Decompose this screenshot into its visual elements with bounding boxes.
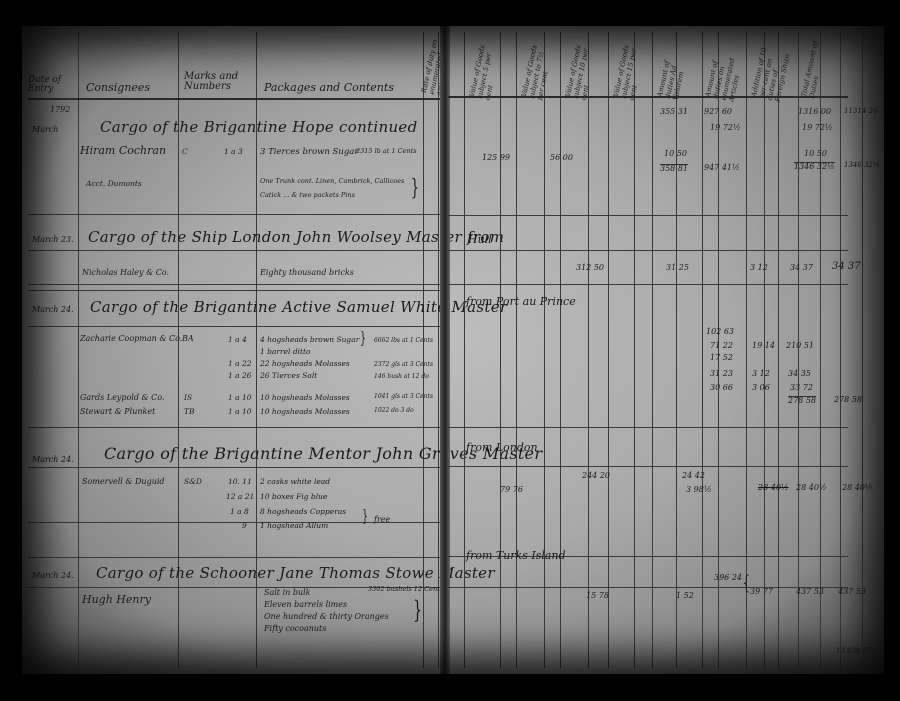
header-marks: Marks and Numbers <box>184 72 254 92</box>
entry-date: March 24. <box>32 572 74 580</box>
numbers: 1 a 10 <box>228 408 252 416</box>
header-col: Amount of duties on enumerated Articles <box>704 39 748 102</box>
enumerated: 927 60 <box>704 108 732 116</box>
quantity: 6662 lbs at 1 Cents <box>374 338 433 344</box>
contents: 10 hogsheads Molasses <box>260 394 350 402</box>
ad-valorem: 3 98½ <box>686 486 712 494</box>
total: 1316 00 <box>798 108 831 116</box>
quantity: 3302 bushels 12 Cents <box>368 586 443 593</box>
carry: 278 58 <box>834 396 862 404</box>
consignee: Gards Leypold & Co. <box>80 394 164 402</box>
header-col: Value of Goods subject 5 per cent <box>468 39 504 101</box>
value-10pct: 15 78 <box>586 592 609 600</box>
mark: C <box>182 148 188 156</box>
consignee: Zacharie Coopman & Co. <box>80 335 182 343</box>
enumerated: 102 63 <box>706 328 734 336</box>
numbers: 1 a 26 <box>228 372 252 380</box>
carry: 437 53 <box>838 588 866 596</box>
origin: from Port au Prince <box>466 296 576 307</box>
carry: 28 40½ <box>842 484 873 492</box>
contents: 1 hogshead Allum <box>260 522 328 530</box>
total: 19 72½ <box>802 124 833 132</box>
quantity: 2372 gls at 3 Cents <box>374 362 433 368</box>
contents: One hundred & thirty Oranges <box>264 613 389 621</box>
quantity: 2315 lb at 1 Cents <box>356 148 417 155</box>
enumerated: 17 52 <box>710 354 733 362</box>
contents: Salt in bulk <box>264 589 311 597</box>
contents: 4 hogsheads brown Sugar <box>260 336 359 344</box>
ad-valorem: 1 52 <box>676 592 694 600</box>
entry-date: March 23. <box>32 236 74 244</box>
numbers: 1 a 3 <box>224 148 243 156</box>
contents: 2 casks white lead <box>260 478 330 486</box>
origin: from Turks Island <box>466 550 566 561</box>
consignee: Hiram Cochran <box>80 145 166 156</box>
header-col: Value of Goods subject 15 per cent <box>612 39 648 101</box>
right-page: Value of Goods subject 5 per cent Value … <box>448 32 878 668</box>
value-7pct: 56 00 <box>550 154 573 162</box>
contents: 22 hogsheads Molasses <box>260 360 350 368</box>
add-10pct: 39 77 <box>750 588 773 596</box>
entry-title: Cargo of the Schooner Jane Thomas Stowe … <box>96 566 495 581</box>
numbers: 1 a 10 <box>228 394 252 402</box>
mark: TB <box>184 408 195 416</box>
contents: 8 hogsheads Copperas <box>260 508 346 516</box>
contents: 1 barrel ditto <box>260 348 311 356</box>
numbers: 9 <box>242 522 247 530</box>
contents: Catick ... & two packets Pins <box>260 192 355 199</box>
numbers: 10. 11 <box>228 478 252 486</box>
contents: 10 boxes Fig blue <box>260 493 327 501</box>
left-page: Date of Entry Consignees Marks and Numbe… <box>28 32 448 668</box>
page-total: 13,030 57 <box>836 648 872 655</box>
total: 34 35 <box>788 370 811 378</box>
entry-date: March 24. <box>32 456 74 464</box>
total: 10 50 <box>804 150 827 158</box>
total-struck: 28 40½ <box>758 484 789 492</box>
brace: } <box>360 330 366 346</box>
enumerated: 71 22 <box>710 342 733 350</box>
numbers: 1 a 4 <box>228 336 247 344</box>
entry-year: 1792 <box>50 106 70 114</box>
ad-valorem-sum: 358 81 <box>660 164 688 173</box>
add-10pct: 19 14 <box>752 342 775 350</box>
ad-valorem: 10 50 <box>664 150 687 158</box>
carry: 34 37 <box>832 262 861 272</box>
header-packages: Packages and Contents <box>264 82 394 93</box>
contents: One Trunk cont. Linen, Cambrick, Callico… <box>260 178 404 185</box>
total: 33 72 <box>790 384 813 392</box>
contents: 26 Tierces Salt <box>260 372 317 380</box>
value-5pct: 125 99 <box>482 154 510 162</box>
ledger-scan: Date of Entry Consignees Marks and Numbe… <box>22 26 884 674</box>
total-sum: 1346 32½ <box>794 162 835 171</box>
enumerated-sum: 947 41½ <box>704 164 740 172</box>
ad-valorem: 24 42 <box>682 472 705 480</box>
consignee: Nicholas Haley & Co. <box>82 269 169 277</box>
header-col: Addition of 10 per cent on duties of For… <box>750 37 794 102</box>
enumerated: 396 24 <box>714 574 742 582</box>
contents: Fifty cocoanuts <box>264 625 326 633</box>
enumerated: 19 72½ <box>710 124 741 132</box>
header-col: Value of Goods subject to 7½ per cent <box>520 39 556 101</box>
enumerated: 30 66 <box>710 384 733 392</box>
contents: 3 Tierces brown Sugar <box>260 148 358 157</box>
contents: Eleven barrels limes <box>264 601 347 609</box>
total: 210 51 <box>786 342 814 350</box>
value-10pct: 244 20 <box>582 472 610 480</box>
entry-date: March <box>32 126 58 134</box>
total-sum: 278 58 <box>788 396 816 405</box>
add-10pct: 3 06 <box>752 384 770 392</box>
header-col: Total Amount of Duties <box>800 39 828 99</box>
quantity: 1022 do 3 do <box>374 408 414 414</box>
contents: Eighty thousand bricks <box>260 269 354 277</box>
quantity: 146 bush at 12 do <box>374 374 429 380</box>
entry-date: March 24. <box>32 306 74 314</box>
header-date: Date of Entry <box>28 76 74 94</box>
numbers: 1 a 22 <box>228 360 252 368</box>
ad-valorem: 31 25 <box>666 264 689 272</box>
quantity: free <box>374 516 390 524</box>
carry: 11314 26 <box>844 108 877 115</box>
consignee: Hugh Henry <box>82 594 151 605</box>
total: 437 53 <box>796 588 824 596</box>
contents: 10 hogsheads Molasses <box>260 408 350 416</box>
value-10pct: 312 50 <box>576 264 604 272</box>
total: 34 37 <box>790 264 813 272</box>
brace: } <box>411 178 419 200</box>
entry-title: Cargo of the Brigantine Hope continued <box>100 120 417 135</box>
mark: IS <box>184 394 192 402</box>
enumerated: 31 23 <box>710 370 733 378</box>
value-5pct: 79 76 <box>500 486 523 494</box>
numbers: 12 a 21 <box>226 493 254 501</box>
ad-valorem: 355 31 <box>660 108 688 116</box>
brace: } <box>362 508 368 524</box>
quantity: 1041 gls at 3 Cents <box>374 394 433 400</box>
add-10pct: 3 12 <box>750 264 768 272</box>
add-10pct: 3 12 <box>752 370 770 378</box>
mark: BA <box>182 335 194 343</box>
consignee: Somervell & Duguid <box>82 478 165 486</box>
numbers: 1 a 8 <box>230 508 249 516</box>
consignee: Stewart & Plunket <box>80 408 155 416</box>
header-col: Value of Goods subject 10 per cent <box>564 39 600 101</box>
origin: Hull <box>468 234 492 245</box>
carry: 1346 32½ <box>844 162 880 169</box>
header-col: Amount of duties Ad Valorem <box>656 39 692 101</box>
consignee: Acct. Dumonts <box>86 180 142 188</box>
mark: S&D <box>184 478 202 486</box>
header-consignees: Consignees <box>86 82 150 93</box>
brace: } <box>413 598 422 622</box>
origin: from London <box>466 442 538 453</box>
total: 28 40½ <box>796 484 827 492</box>
